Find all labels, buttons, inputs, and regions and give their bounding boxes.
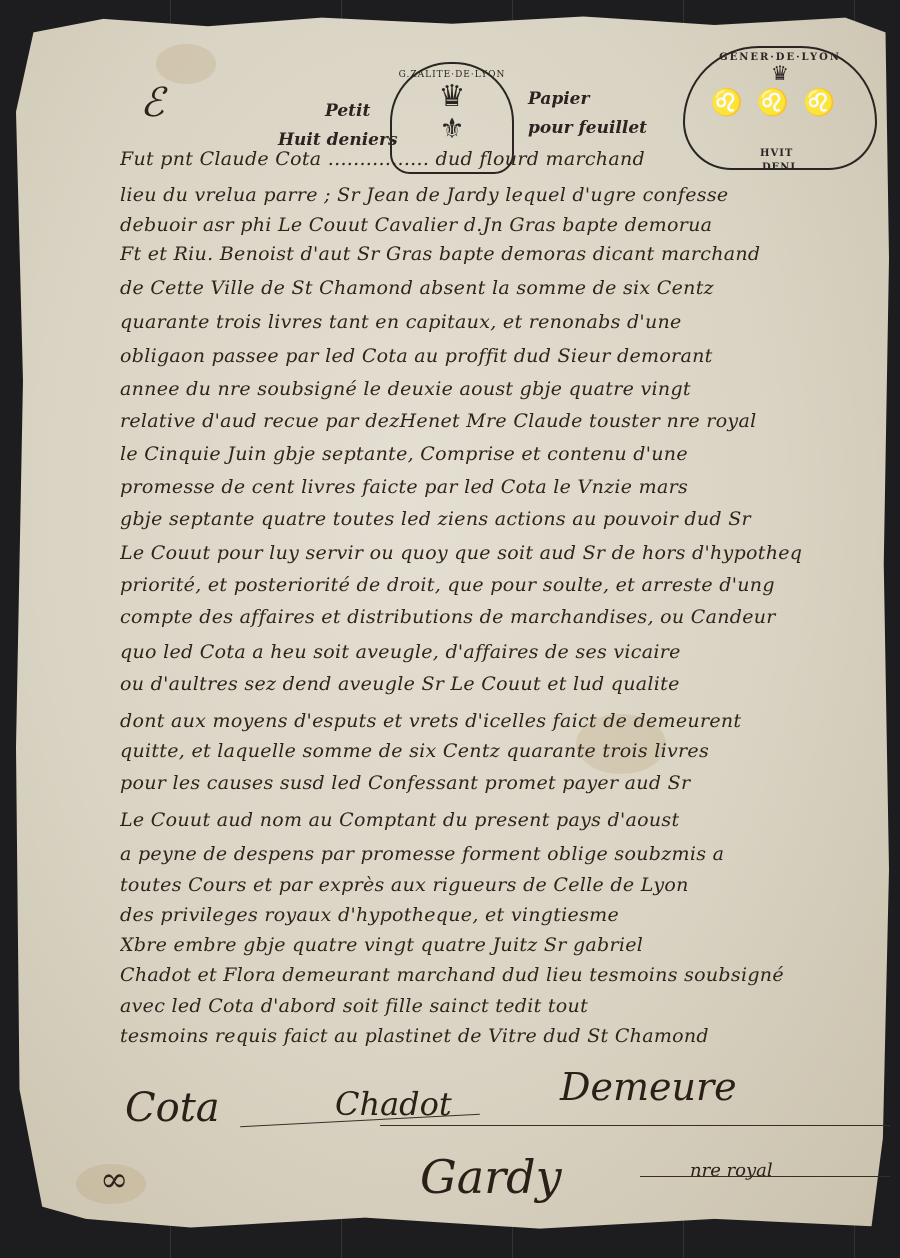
stamp-label-papier: Papier [528,89,589,109]
manuscript-line: lieu du vrelua parre ; Sr Jean de Jardy … [120,184,880,206]
manuscript-line: dont aux moyens d'esputs et vrets d'icel… [120,710,880,732]
manuscript-line: tesmoins requis faict au plastinet de Vi… [120,1025,880,1047]
stamp-label-huit-deniers: Huit deniers [278,130,398,150]
stamp-label-pour-feuillet: pour feuillet [528,118,647,138]
manuscript-line: relative d'aud recue par dezHenet Mre Cl… [120,410,880,432]
manuscript-line: priorité, et posteriorité de droit, que … [120,574,880,596]
signature-notary-royal: nre royal [690,1160,773,1181]
manuscript-line: Fut pnt Claude Cota ................ dud… [120,148,880,170]
signature-gardy: Gardy [420,1150,562,1204]
manuscript-line: Xbre embre gbje quatre vingt quatre Juit… [120,934,880,956]
manuscript-line: annee du nre soubsigné le deuxie aoust g… [120,378,880,400]
manuscript-line: a peyne de despens par promesse forment … [120,843,880,865]
paper-stain [156,44,216,84]
manuscript-line: pour les causes susd led Confessant prom… [120,772,880,794]
manuscript-line: promesse de cent livres faicte par led C… [120,476,880,498]
manuscript-line: quarante trois livres tant en capitaux, … [120,311,880,333]
signature-cota: Cota [125,1085,220,1131]
manuscript-line: quitte, et laquelle somme de six Centz q… [120,740,880,762]
signature-underline [380,1125,890,1126]
manuscript-line: compte des affaires et distributions de … [120,606,880,628]
manuscript-line: toutes Cours et par exprès aux rigueurs … [120,874,880,896]
manuscript-line: Chadot et Flora demeurant marchand dud l… [120,964,880,986]
crown-icon: ♛ [392,80,512,114]
fleur-de-lis-icon: ⚜ [392,114,512,144]
manuscript-line: avec led Cota d'abord soit fille sainct … [120,995,880,1017]
stamp-label-petit: Petit [325,101,370,121]
manuscript-line: ou d'aultres sez dend aveugle Sr Le Couu… [120,673,880,695]
bottom-flourish: ∞ [100,1160,128,1200]
manuscript-line: Ft et Riu. Benoist d'aut Sr Gras bapte d… [120,243,880,265]
manuscript-line: debuoir asr phi Le Couut Cavalier d.Jn G… [120,214,880,236]
manuscript-line: gbje septante quatre toutes led ziens ac… [120,508,880,530]
manuscript-line: quo led Cota a heu soit aveugle, d'affai… [120,641,880,663]
manuscript-line: obligaon passee par led Cota au proffit … [120,345,880,367]
crown-icon: ♛ [685,63,875,83]
manuscript-line: Le Couut pour luy servir ou quoy que soi… [120,542,880,564]
manuscript-line: de Cette Ville de St Chamond absent la s… [120,277,880,299]
signature-demeure: Demeure [560,1065,737,1109]
manuscript-line: des privileges royaux d'hypotheque, et v… [120,904,880,926]
manuscript-line: le Cinquie Juin gbje septante, Comprise … [120,443,880,465]
signature-underline [640,1176,890,1177]
margin-flourish: ℰ [140,80,164,126]
manuscript-line: Le Couut aud nom au Comptant du present … [120,809,880,831]
lion-shields-icon: ♌♌♌ [685,83,875,123]
